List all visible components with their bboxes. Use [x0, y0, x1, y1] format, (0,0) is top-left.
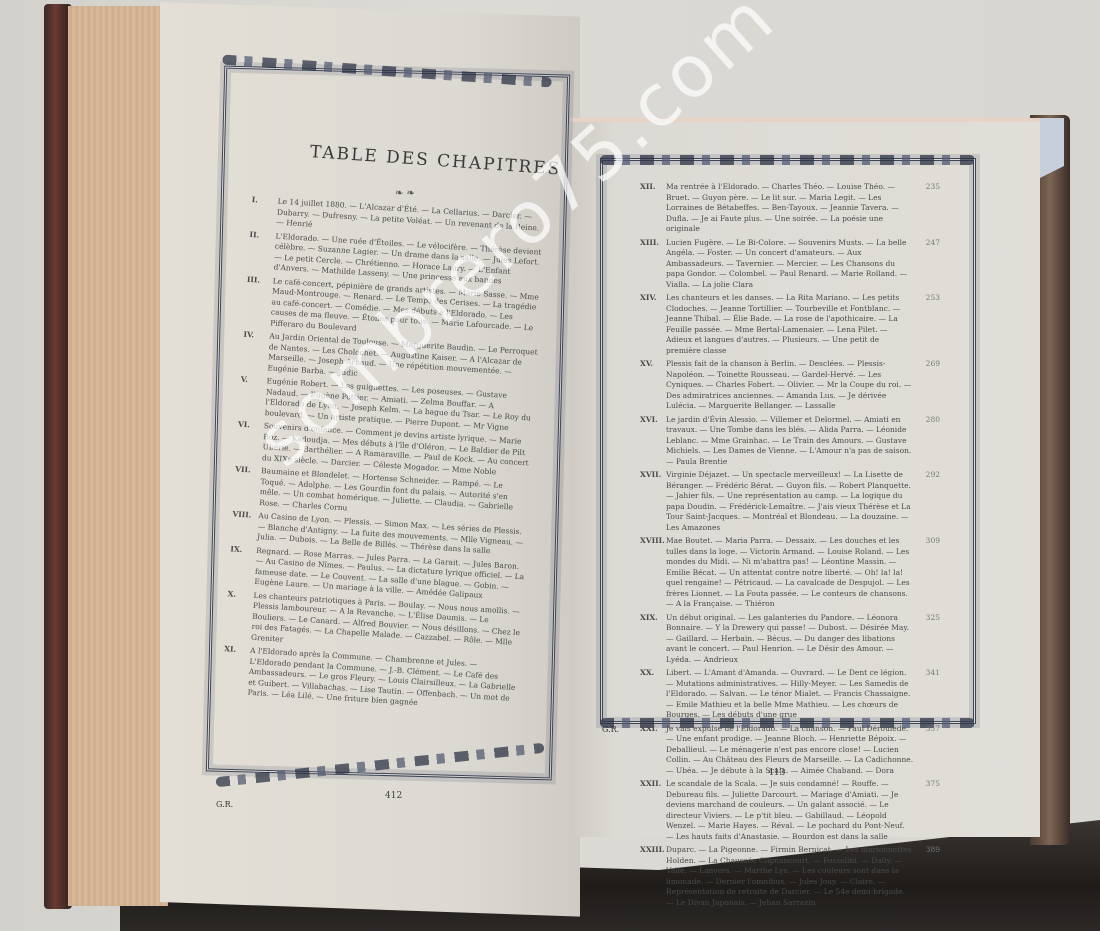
- chapter-number: XVI.: [640, 415, 666, 468]
- toc-entry: XVIII.Mae Boutet. — Maria Parra. — Dessa…: [640, 536, 940, 610]
- page-number: 325: [914, 613, 940, 666]
- toc-entry: XV.Plessis fait de la chanson à Berlin. …: [640, 359, 940, 412]
- illustrator-initials-right: G.R.: [602, 725, 619, 734]
- folio-left: 412: [385, 791, 402, 801]
- toc-entry: XXIII.Duparc. — La Pigeonne. — Firmin Be…: [640, 845, 940, 908]
- title-ornament-icon: ❧ ❧: [395, 188, 415, 199]
- chapter-number: XVII.: [640, 470, 666, 533]
- chapter-number: XX.: [640, 668, 666, 721]
- illustrator-initials-left: G.R.: [216, 800, 233, 809]
- chapter-summary: Mae Boutet. — Maria Parra. — Dessaix. — …: [666, 536, 914, 610]
- page-number: 280: [914, 415, 940, 468]
- toc-entry: XIV.Les chanteurs et les danses. — La Ri…: [640, 293, 940, 356]
- chapter-number: IX.: [228, 544, 257, 588]
- toc-entry: XX.Libert. — L'Amant d'Amanda. — Ouvrard…: [640, 668, 940, 721]
- right-toc-list: XII.Ma rentrée à l'Eldorado. — Charles T…: [640, 182, 940, 911]
- chapter-summary: Libert. — L'Amant d'Amanda. — Ouvrard. —…: [666, 668, 914, 721]
- chapter-number: II.: [247, 229, 276, 273]
- chapter-number: XXII.: [640, 779, 666, 842]
- chapter-summary: Plessis fait de la chanson à Berlin. — D…: [666, 359, 914, 412]
- book-page-edges: [68, 6, 168, 906]
- chapter-number: XIX.: [640, 613, 666, 666]
- chapter-summary: Les chanteurs et les danses. — La Rita M…: [666, 293, 914, 356]
- toc-entry: XXII.Le scandale de la Scala. — Je suis …: [640, 779, 940, 842]
- chapter-number: XIV.: [640, 293, 666, 356]
- chapter-number: IV.: [241, 330, 270, 374]
- chapter-number: I.: [250, 195, 278, 228]
- toc-entry: XXI.Je vais expulsé de l'Eldorado. — La …: [640, 724, 940, 777]
- chapter-summary: Duparc. — La Pigeonne. — Firmin Bernicat…: [666, 845, 914, 908]
- chapter-summary: Je vais expulsé de l'Eldorado. — La chan…: [666, 724, 914, 777]
- chapter-number: VIII.: [231, 509, 259, 542]
- chapter-summary: Un début original. — Les galanteries du …: [666, 613, 914, 666]
- chapter-number: XIII.: [640, 238, 666, 291]
- page-number: 309: [914, 536, 940, 610]
- chapter-number: XV.: [640, 359, 666, 412]
- chapter-summary: Virginie Déjazet. — Un spectacle merveil…: [666, 470, 914, 533]
- chapter-number: XI.: [221, 644, 250, 698]
- toc-entry: XIII.Lucien Fugère. — Le Bi-Colore. — So…: [640, 238, 940, 291]
- page-number: 389: [914, 845, 940, 908]
- page-number: 341: [914, 668, 940, 721]
- chapter-summary: Le jardin d'Évin Alessio. — Villemer et …: [666, 415, 914, 468]
- chapter-number: III.: [244, 274, 273, 328]
- page-number: 375: [914, 779, 940, 842]
- chapter-summary: Le scandale de la Scala. — Je suis conda…: [666, 779, 914, 842]
- chapter-number: XXI.: [640, 724, 666, 777]
- page-number: 253: [914, 293, 940, 356]
- toc-entry: XIX.Un début original. — Les galanteries…: [640, 613, 940, 666]
- chapter-number: XXIII.: [640, 845, 666, 908]
- chapter-number: X.: [225, 589, 254, 643]
- page-number: 269: [914, 359, 940, 412]
- page-number: 357: [914, 724, 940, 777]
- chapter-summary: Ma rentrée à l'Eldorado. — Charles Théo.…: [666, 182, 914, 235]
- page-number: 292: [914, 470, 940, 533]
- toc-entry: XVII.Virginie Déjazet. — Un spectacle me…: [640, 470, 940, 533]
- page-number: 247: [914, 238, 940, 291]
- chapter-summary: Lucien Fugère. — Le Bi-Colore. — Souveni…: [666, 238, 914, 291]
- chapter-number: VII.: [233, 464, 262, 508]
- chapter-number: XII.: [640, 182, 666, 235]
- toc-entry: XVI.Le jardin d'Évin Alessio. — Villemer…: [640, 415, 940, 468]
- toc-entry: XII.Ma rentrée à l'Eldorado. — Charles T…: [640, 182, 940, 235]
- folio-right: 413: [768, 768, 785, 778]
- page-number: 235: [914, 182, 940, 235]
- chapter-number: XVIII.: [640, 536, 666, 610]
